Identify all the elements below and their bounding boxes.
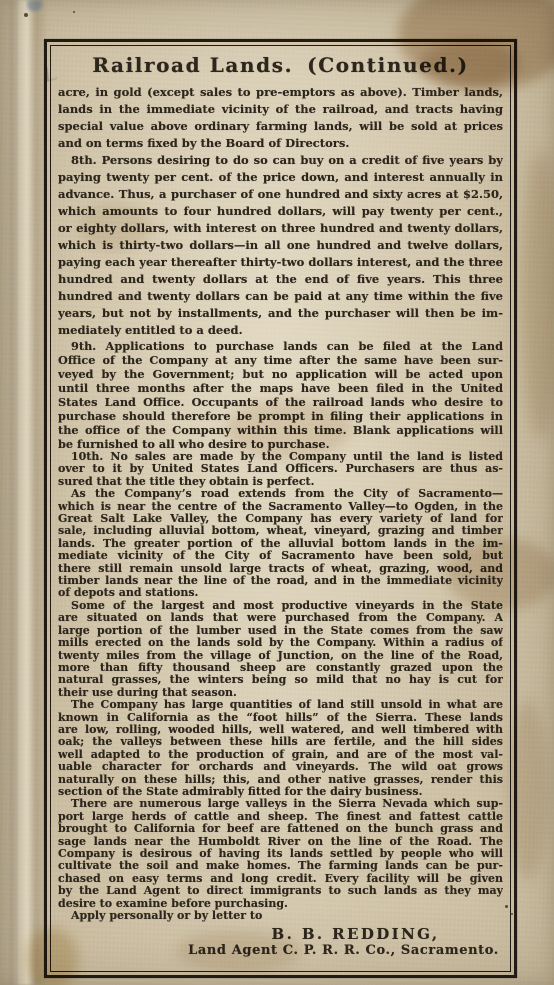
text-line: over to it by United States Land Officer… [58, 463, 503, 475]
page-title-main: Railroad Lands. [92, 53, 293, 77]
paragraph: acre, in gold (except sales to pre-empto… [58, 84, 503, 152]
paragraph: There are numerous large valleys in the … [58, 798, 503, 910]
text-line: lands in the immediate vicinity of the r… [58, 101, 503, 118]
text-line: are low, rolling, wooded hills, well wat… [58, 724, 503, 736]
signature-block: B. B. REDDING, Land Agent C. P. R. R. Co… [58, 926, 503, 959]
paragraph: Apply personally or by letter to [58, 910, 503, 922]
text-line: the office of the Company within this ti… [58, 423, 503, 437]
text-line: sured that the title they obtain is perf… [58, 476, 503, 488]
paragraph: 8th. Persons desiring to do so can buy o… [58, 152, 503, 339]
text-line: natural grasses, the winters being so mi… [58, 674, 503, 686]
text-line: which amounts to four hundred dollars, w… [58, 203, 503, 220]
page-border-inner: Railroad Lands.(Continued.) acre, in gol… [50, 45, 511, 972]
text-line: mediate vicinity of the City of Sacramen… [58, 550, 503, 562]
paper-smudge [27, 0, 42, 11]
text-line: 9th. Applications to purchase lands can … [58, 339, 503, 353]
text-line: As the Company’s road extends from the C… [58, 488, 503, 500]
text-line: purchase should therefore be prompt in f… [58, 409, 503, 423]
text-line: The Company has large quantities of land… [58, 699, 503, 711]
text-line: there still remain unsold large tracts o… [58, 563, 503, 575]
text-line: 10th. No sales are made by the Company u… [58, 451, 503, 463]
text-line: port large herds of cattle and sheep. Th… [58, 811, 503, 823]
document-page: Railroad Lands.(Continued.) acre, in gol… [0, 0, 554, 985]
text-line: There are numerous large valleys in the … [58, 798, 503, 810]
text-line: or eighty dollars, with interest on thre… [58, 220, 503, 237]
text-line: veyed by the Government; but no applicat… [58, 367, 503, 381]
text-line: sale, including alluvial bottom, wheat, … [58, 525, 503, 537]
text-line: well adapted to the production of grain,… [58, 749, 503, 761]
text-line: which is near the centre of the Sacramen… [58, 501, 503, 513]
text-line: which is thirty-two dollars—in all one h… [58, 237, 503, 254]
text-line: lands. The greater portion of the alluvi… [58, 538, 503, 550]
body-text: acre, in gold (except sales to pre-empto… [58, 84, 503, 922]
text-line: Office of the Company at any time after … [58, 353, 503, 367]
text-line: advance. Thus, a purchaser of one hundre… [58, 186, 503, 203]
text-line: known in California as the “foot hills” … [58, 712, 503, 724]
text-line: be furnished to all who desire to purcha… [58, 437, 503, 451]
text-line: paying each year thereafter thirty-two d… [58, 254, 503, 271]
text-line: and on terms fixed by the Board of Direc… [58, 135, 503, 152]
text-line: their use during that season. [58, 687, 503, 699]
paragraph: 9th. Applications to purchase lands can … [58, 339, 503, 451]
text-line: paying twenty per cent. of the price dow… [58, 169, 503, 186]
signature-title: Land Agent C. P. R. R. Co., Sacramento. [58, 943, 503, 959]
text-line: mills erected on the lands sold by the C… [58, 637, 503, 649]
text-line: years, but not by installments, and the … [58, 305, 503, 322]
text-line: uable character for orchards and vineyar… [58, 761, 503, 773]
text-line: special value above ordinary farming lan… [58, 118, 503, 135]
text-line: mediately entitled to a deed. [58, 322, 503, 339]
text-line: large portion of the lumber used in the … [58, 625, 503, 637]
text-line: until three months after the maps have b… [58, 381, 503, 395]
text-line: Apply personally or by letter to [58, 910, 503, 922]
text-line: sage lands near the Humboldt River on th… [58, 836, 503, 848]
text-line: 8th. Persons desiring to do so can buy o… [58, 152, 503, 169]
text-line: oak; the valleys between these hills are… [58, 736, 503, 748]
page-title-continued: (Continued.) [307, 53, 469, 77]
text-line: hundred and twenty dollars at the end of… [58, 271, 503, 288]
text-line: naturally on these hills; this, and othe… [58, 774, 503, 786]
text-line: timber lands near the line of the road, … [58, 575, 503, 587]
signature-name: B. B. REDDING, [58, 926, 503, 943]
text-line: Some of the largest and most productive … [58, 600, 503, 612]
page-title: Railroad Lands.(Continued.) [58, 53, 503, 77]
paper-crease-left [10, 0, 48, 985]
text-line: States Land Office. Occupants of the rai… [58, 395, 503, 409]
text-line: desire to examine before purchasing. [58, 898, 503, 910]
ink-speck [24, 13, 28, 17]
text-line: by the Land Agent to direct immigrants t… [58, 885, 503, 897]
text-line: cultivate the soil and make homes. The f… [58, 860, 503, 872]
text-line: chased on easy terms and long credit. Ev… [58, 873, 503, 885]
page-content: Railroad Lands.(Continued.) acre, in gol… [58, 53, 503, 959]
text-line: brought to California for beef are fatte… [58, 823, 503, 835]
text-line: section of the State admirably fitted fo… [58, 786, 503, 798]
paragraph: Some of the largest and most productive … [58, 600, 503, 699]
stain [522, 150, 554, 440]
text-line: acre, in gold (except sales to pre-empto… [58, 84, 503, 101]
text-line: more than fifty thousand sheep are const… [58, 662, 503, 674]
ink-speck [73, 11, 75, 13]
text-line: are situated on lands that were purchase… [58, 612, 503, 624]
text-line: twenty miles from the village of Junctio… [58, 650, 503, 662]
text-line: Great Salt Lake Valley, the Company has … [58, 513, 503, 525]
paragraph: As the Company’s road extends from the C… [58, 488, 503, 600]
paper-edge-shade [0, 0, 18, 985]
text-line: hundred and twenty dollars can be paid a… [58, 288, 503, 305]
paragraph: The Company has large quantities of land… [58, 699, 503, 798]
paragraph: 10th. No sales are made by the Company u… [58, 451, 503, 488]
text-line: Company is desirous of having its lands … [58, 848, 503, 860]
text-line: of depots and stations. [58, 587, 503, 599]
page-border: Railroad Lands.(Continued.) acre, in gol… [44, 39, 517, 978]
